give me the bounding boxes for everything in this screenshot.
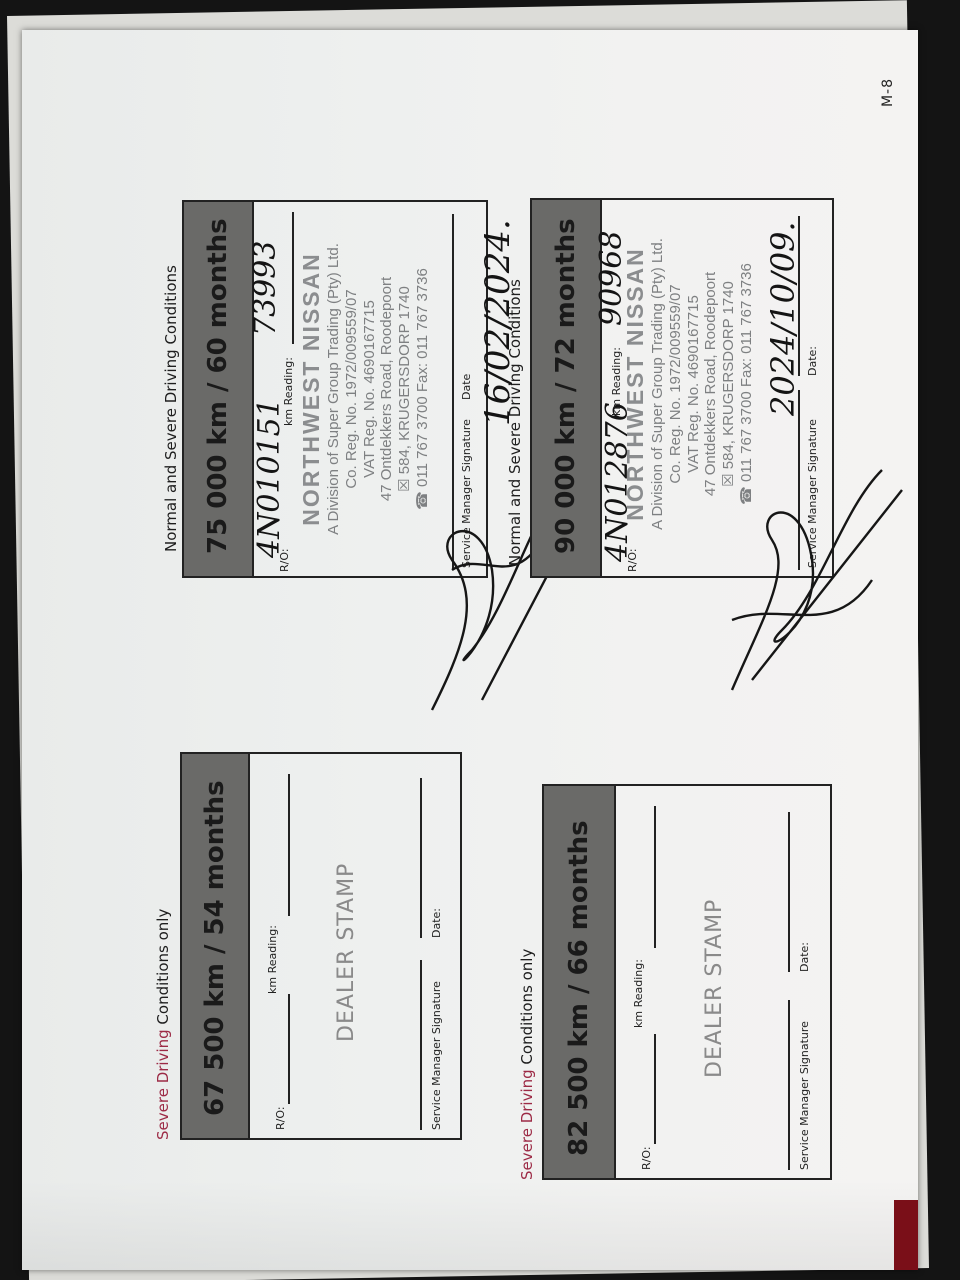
km-reading-field[interactable] [292,212,294,344]
signature-label: Service Manager Signature [430,981,443,1130]
date-label: Date: [430,908,443,938]
km-reading-label: km Reading: [632,959,645,1028]
km-reading-label: km Reading: [282,357,295,426]
signature-field[interactable] [420,960,422,1130]
dealer-name: NORTHWEST NISSAN [298,224,325,554]
stamp-line: VAT Reg. No. 4690167715 [685,214,703,554]
date-field[interactable] [420,778,422,938]
stamp-line: Co. Reg. No. 1972/009559/07 [343,224,361,554]
service-interval: 75 000 km / 60 months [184,202,254,576]
service-82500-heading: Severe Driving Conditions only [518,949,536,1180]
heading-text: Normal and Severe Driving Conditions [162,265,180,552]
manager-signature-90000 [712,450,912,710]
service-book-page: M-8 Severe Driving Conditions only 67 50… [22,30,918,1270]
stamp-line: A Division of Super Group Trading (Pty) … [649,214,667,554]
stamp-line: 47 Ontdekkers Road, Roodepoort [378,224,396,554]
stamp-line: A Division of Super Group Trading (Pty) … [325,224,343,554]
service-75000-heading: Normal and Severe Driving Conditions [162,265,180,552]
km-reading-label: km Reading: [266,925,279,994]
service-90000-heading: Normal and Severe Driving Conditions [506,279,524,566]
ro-label: R/O: [274,1106,287,1130]
signature-label: Service Manager Signature [798,1021,811,1170]
severe-driving-label: Severe Driving [518,1069,536,1180]
service-interval: 90 000 km / 72 months [532,200,602,576]
date-handwritten-value: 2024/10/09. [764,221,802,416]
dealer-stamp-placeholder: DEALER STAMP [334,863,359,1042]
book-cover-edge [894,1200,918,1270]
service-82500-card: 82 500 km / 66 months R/O: km Reading: D… [542,784,832,1180]
page-number: M-8 [880,78,896,107]
km-reading-field[interactable] [288,774,290,916]
service-interval: 67 500 km / 54 months [182,754,250,1138]
date-label: Date: [798,942,811,972]
km-reading-field[interactable] [654,806,656,948]
service-interval: 82 500 km / 66 months [544,786,616,1178]
km-handwritten-value: 73993 [248,241,283,336]
dealer-name: NORTHWEST NISSAN [622,214,649,554]
stamp-line: ☒ 584, KRUGERSDORP 1740 [396,224,414,554]
page-fold-shadow [22,1180,918,1270]
heading-suffix: Conditions only [518,949,536,1070]
ro-field[interactable] [654,1034,656,1144]
service-67500-heading: Severe Driving Conditions only [154,909,172,1140]
severe-driving-label: Severe Driving [154,1029,172,1140]
heading-suffix: Conditions only [154,909,172,1030]
ro-field[interactable] [288,994,290,1104]
dealer-stamp-placeholder: DEALER STAMP [702,899,727,1078]
heading-text: Normal and Severe Driving Conditions [506,279,524,566]
date-label: Date [460,374,473,400]
date-field[interactable] [788,812,790,972]
ro-label: R/O: [640,1146,653,1170]
stamp-line: VAT Reg. No. 4690167715 [361,224,379,554]
signature-field[interactable] [788,1000,790,1170]
service-67500-card: 67 500 km / 54 months R/O: km Reading: D… [180,752,462,1140]
stamp-line: Co. Reg. No. 1972/009559/07 [667,214,685,554]
date-label: Date: [806,346,819,376]
dealer-stamp: NORTHWEST NISSAN A Division of Super Gro… [298,224,431,554]
